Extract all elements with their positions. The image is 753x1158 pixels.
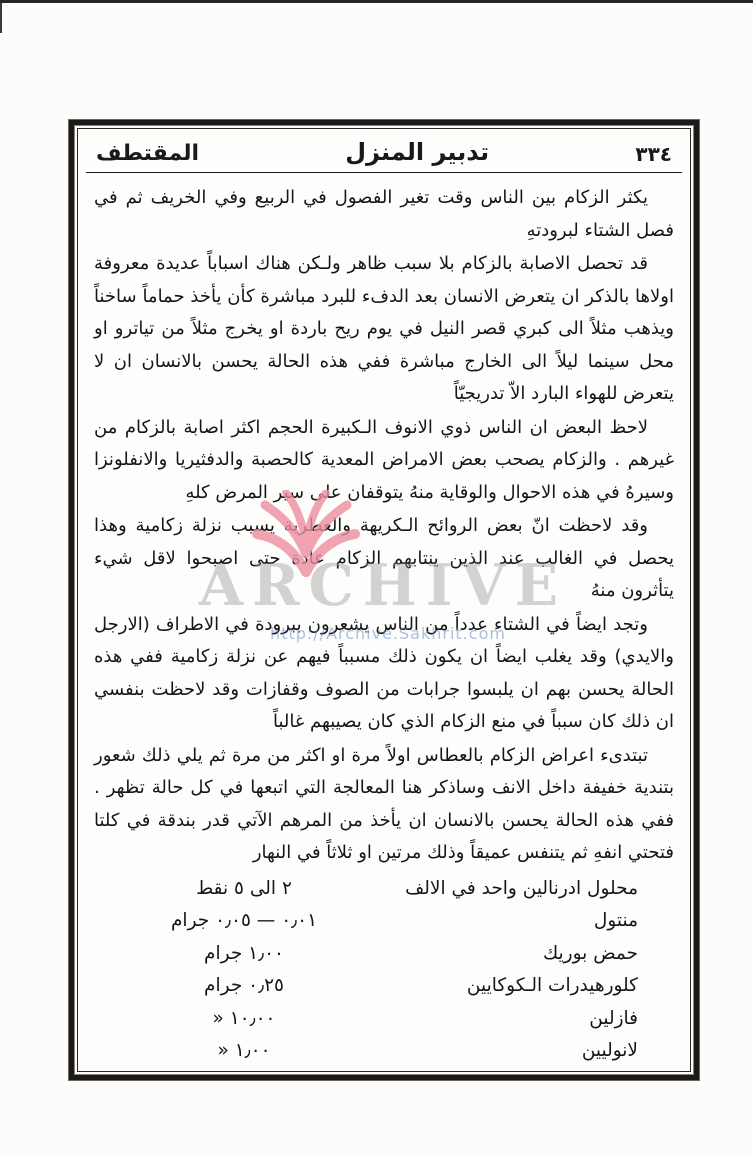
ingredient-name: فازلين: [394, 1003, 674, 1036]
ingredient-quantity: ٠٫٠١ — ٠٫٠٥ جرام: [94, 905, 394, 938]
page-number: ٣٣٤: [635, 142, 672, 166]
ingredient-name: حمض بوريك: [394, 938, 674, 971]
ingredient-name: لانوليين: [394, 1035, 674, 1068]
scanned-page: { "document": { "kind": "scanned-magazin…: [0, 0, 753, 1158]
recipe-row: لانوليين ١٫٠٠ «: [94, 1035, 674, 1068]
ingredient-quantity: ٢ الى ٥ نقط: [94, 873, 394, 906]
recipe-row: حمض بوريك ١٫٠٠ جرام: [94, 938, 674, 971]
paragraph: يكثر الزكام بين الناس وقت تغير الفصول في…: [94, 182, 674, 247]
ingredient-quantity: ٠٫٢٥ جرام: [94, 970, 394, 1003]
magazine-name: المقتطف: [96, 141, 199, 166]
paragraph: لاحظ البعض ان الناس ذوي الانوف الـكبيرة …: [94, 412, 674, 510]
ingredient-name: منتول: [394, 905, 674, 938]
recipe-row: محلول ادرنالين واحد في الالف ٢ الى ٥ نقط: [94, 873, 674, 906]
paragraph: قد تحصل الاصابة بالزكام بلا سبب ظاهر ولـ…: [94, 248, 674, 411]
archive-watermark-url: http://Archive.Sakhrit.com: [228, 624, 548, 643]
ingredient-name: محلول ادرنالين واحد في الالف: [394, 873, 674, 906]
ingredient-quantity: ١٫٠٠ «: [94, 1035, 394, 1068]
ointment-recipe-list: محلول ادرنالين واحد في الالف ٢ الى ٥ نقط…: [94, 873, 674, 1068]
ingredient-quantity: ١٠٫٠٠ «: [94, 1003, 394, 1036]
recipe-row: كلورهيدرات الـكوكايين ٠٫٢٥ جرام: [94, 970, 674, 1003]
page-header: ٣٣٤ تدبير المنزل المقتطف: [78, 129, 690, 169]
section-title: تدبير المنزل: [345, 138, 489, 166]
scan-edge: [0, 0, 753, 3]
archive-watermark-text: ARCHIVE: [183, 552, 583, 619]
article-body: يكثر الزكام بين الناس وقت تغير الفصول في…: [78, 173, 690, 1068]
paragraph: تبتدىء اعراض الزكام بالعطاس اولاً مرة او…: [94, 740, 674, 870]
ingredient-quantity: ١٫٠٠ جرام: [94, 938, 394, 971]
recipe-row: منتول ٠٫٠١ — ٠٫٠٥ جرام: [94, 905, 674, 938]
ingredient-name: كلورهيدرات الـكوكايين: [394, 970, 674, 1003]
recipe-row: فازلين ١٠٫٠٠ «: [94, 1003, 674, 1036]
